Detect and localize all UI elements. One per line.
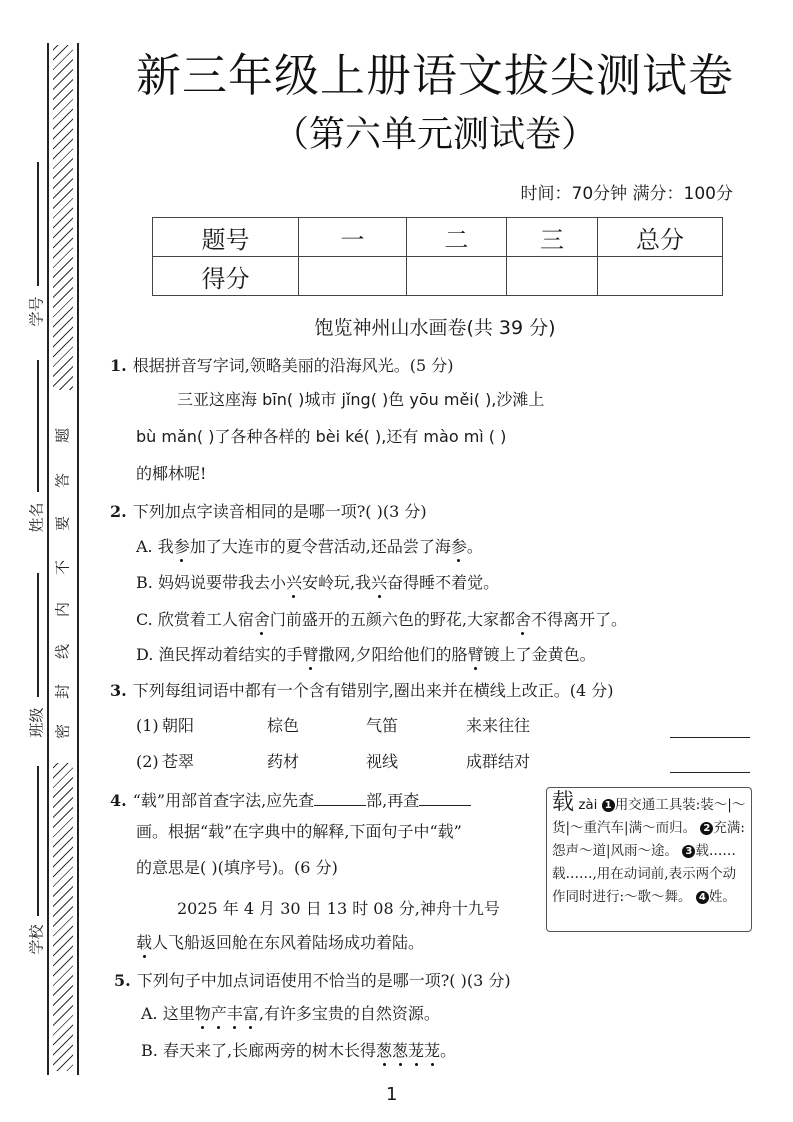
seal-char: 内 <box>56 596 71 624</box>
headword-pinyin: zài <box>578 797 597 813</box>
score-input-cell[interactable] <box>598 257 723 296</box>
pinyin: bèi ké <box>316 427 364 446</box>
exam-subtitle: （第六单元测试卷） <box>110 110 760 160</box>
definition-number-icon: 1 <box>602 799 615 812</box>
question-4-line-4: 2025 年 4 月 30 日 13 时 08 分,神舟十九号 <box>177 899 500 919</box>
seal-band: 题 答 要 不 内 线 封 密 <box>47 43 79 1075</box>
dotted-char: 葱 <box>392 1041 408 1060</box>
seal-char: 题 <box>56 422 71 450</box>
answer-blank[interactable]: ( ) <box>484 427 507 446</box>
option-a[interactable]: A. 这里物产丰富,有许多宝贵的自然资源。 <box>141 1004 440 1024</box>
dotted-char: 参 <box>174 537 190 556</box>
definition: 姓。 <box>709 889 736 905</box>
headword: 载 <box>552 790 574 815</box>
radical-blank[interactable] <box>314 791 366 806</box>
dotted-char: 茏 <box>408 1041 424 1060</box>
dotted-char: 兴 <box>286 573 302 592</box>
text: 。 <box>440 1041 456 1060</box>
definition-number-icon: 4 <box>696 891 709 904</box>
question-number: 4. <box>110 791 127 810</box>
option-label: D. <box>136 645 153 664</box>
pinyin: mào mì <box>423 427 483 446</box>
dotted-char: 参 <box>451 537 467 556</box>
option-a[interactable]: A. 我参加了大连市的夏令营活动,还品尝了海参。 <box>136 537 483 557</box>
question-text: 下列加点字读音相同的是哪一项?( )(3 分) <box>133 502 427 521</box>
word[interactable]: 棕色 <box>267 716 299 736</box>
definition-number-icon: 3 <box>682 845 695 858</box>
question-number: 2. <box>110 502 127 521</box>
score-table-score-row: 得分 <box>153 257 723 296</box>
text: 撒网,夕阳给他们的胳 <box>318 645 467 664</box>
dotted-char: 兴 <box>371 573 387 592</box>
school-label: 学校 <box>26 924 47 954</box>
pinyin: bù mǎn <box>136 427 197 446</box>
pinyin: jǐng <box>342 390 371 409</box>
answer-blank[interactable]: ( )了各种各样的 <box>197 427 316 446</box>
text: 。 <box>467 537 483 556</box>
score-cell: 二 <box>407 218 507 257</box>
question-4-line-5: 载人飞船返回舱在东风着陆场成功着陆。 <box>136 933 424 953</box>
word[interactable]: 药材 <box>267 752 299 772</box>
word[interactable]: 苍翠 <box>162 752 194 772</box>
word[interactable]: 成群结对 <box>466 752 530 772</box>
dotted-char: 丰 <box>227 1004 243 1023</box>
group-label: (2) <box>136 752 159 772</box>
score-input-cell[interactable] <box>299 257 407 296</box>
name-line <box>37 360 39 492</box>
dotted-char: 舍 <box>254 610 270 629</box>
text: 这里 <box>163 1004 195 1023</box>
text: 镀上了金黄色。 <box>484 645 596 664</box>
dotted-char: 葱 <box>376 1041 392 1060</box>
dotted-char: 舍 <box>515 610 531 629</box>
seal-char: 要 <box>56 510 71 538</box>
text: 门前盛开的五颜六色的野花,大家都 <box>270 610 515 629</box>
score-cell: 三 <box>507 218 598 257</box>
question-number: 1. <box>110 356 127 375</box>
correction-line[interactable] <box>670 772 750 773</box>
question-2-prompt: 2.下列加点字读音相同的是哪一项?( )(3 分) <box>110 502 427 522</box>
text: 不得离开了。 <box>531 610 627 629</box>
text: 我 <box>158 537 174 556</box>
option-label: B. <box>141 1041 158 1060</box>
score-cell: 一 <box>299 218 407 257</box>
seal-char: 线 <box>56 638 71 666</box>
page-number: 1 <box>386 1084 397 1105</box>
question-text: “载”用部首查字法,应先查 <box>133 791 314 810</box>
text: 奋得睡不着觉。 <box>387 573 499 592</box>
time-and-score-info: 时间：70分钟 满分：100分 <box>521 179 733 204</box>
score-table: 题号 一 二 三 总分 得分 <box>152 217 723 296</box>
student-id-line <box>37 162 39 286</box>
option-label: A. <box>136 537 153 556</box>
score-cell: 总分 <box>598 218 723 257</box>
hatch-bottom <box>53 763 73 1071</box>
score-cell: 题号 <box>153 218 299 257</box>
text: 安岭玩,我 <box>302 573 371 592</box>
question-1-line-1: 三亚这座海 bīn( )城市 jǐng( )色 yōu měi( ),沙滩上 <box>177 390 544 410</box>
question-text: 下列句子中加点词语使用不恰当的是哪一项?( )(3 分) <box>137 971 511 990</box>
answer-blank[interactable]: ( )色 <box>371 390 410 409</box>
question-5-prompt: 5.下列句子中加点词语使用不恰当的是哪一项?( )(3 分) <box>114 971 511 991</box>
word[interactable]: 视线 <box>366 752 398 772</box>
stroke-count-blank[interactable] <box>419 791 471 806</box>
option-d[interactable]: D. 渔民挥动着结实的手臂撒网,夕阳给他们的胳臂镀上了金黄色。 <box>136 645 596 665</box>
question-text: 部,再查 <box>366 791 419 810</box>
question-1-prompt: 1.根据拼音写字词,领略美丽的沿海风光。(5 分) <box>110 356 454 376</box>
seal-char: 封 <box>56 678 71 706</box>
text: 人飞船返回舱在东风着陆场成功着陆。 <box>152 933 424 952</box>
question-text: 下列每组词语中都有一个含有错别字,圈出来并在横线上改正。(4 分) <box>133 681 614 700</box>
answer-blank[interactable]: ( ),沙滩上 <box>474 390 545 409</box>
group-label: (1) <box>136 716 159 736</box>
text: 春天来了,长廊两旁的树木长得 <box>163 1041 376 1060</box>
dotted-char: 富 <box>243 1004 259 1023</box>
question-4-line-2: 画。根据“载”在字典中的解释,下面句子中“载” <box>136 822 462 842</box>
question-number: 3. <box>110 681 127 700</box>
dotted-char: 产 <box>211 1004 227 1023</box>
word[interactable]: 来来往往 <box>466 716 530 736</box>
word[interactable]: 气笛 <box>366 716 398 736</box>
score-table-header-row: 题号 一 二 三 总分 <box>153 218 723 257</box>
dotted-char: 茏 <box>424 1041 440 1060</box>
question-number: 5. <box>114 971 131 990</box>
dictionary-entry-box: 载 zài 1用交通工具装:装～|～货|～重汽车|满～而归。 2充满:怨声～道|… <box>546 787 752 932</box>
option-b[interactable]: B. 春天来了,长廊两旁的树木长得葱葱茏茏。 <box>141 1041 456 1061</box>
hatch-top <box>53 45 73 390</box>
question-1-line-3: 的椰林呢! <box>136 464 206 484</box>
exam-title: 新三年级上册语文拔尖测试卷 <box>110 46 760 106</box>
class-label: 班级 <box>26 707 47 737</box>
option-b[interactable]: B. 妈妈说要带我去小兴安岭玩,我兴奋得睡不着觉。 <box>136 573 499 593</box>
option-c[interactable]: C. 欣赏着工人宿舍门前盛开的五颜六色的野花,大家都舍不得离开了。 <box>136 610 627 630</box>
name-label: 姓名 <box>26 502 47 532</box>
question-4-line-3: 的意思是( )(填序号)。(6 分) <box>136 858 338 878</box>
question-1-line-2: bù mǎn( )了各种各样的 bèi ké( ),还有 mào mì ( ) <box>136 427 506 447</box>
word[interactable]: 朝阳 <box>162 716 194 736</box>
score-input-cell[interactable] <box>507 257 598 296</box>
seal-char: 答 <box>56 467 71 495</box>
section-title: 饱览神州山水画卷(共 39 分) <box>110 313 760 340</box>
score-cell: 得分 <box>153 257 299 296</box>
answer-blank[interactable]: ( )城市 <box>287 390 342 409</box>
question-3-prompt: 3.下列每组词语中都有一个含有错别字,圈出来并在横线上改正。(4 分) <box>110 681 614 701</box>
option-label: A. <box>141 1004 158 1023</box>
student-id-label: 学号 <box>26 296 47 326</box>
answer-blank[interactable]: ( ),还有 <box>364 427 424 446</box>
pinyin: bīn <box>262 390 287 409</box>
dotted-char: 载 <box>136 933 152 952</box>
text: 渔民挥动着结实的手 <box>158 645 302 664</box>
question-text: 根据拼音写字词,领略美丽的沿海风光。(5 分) <box>133 356 454 375</box>
score-input-cell[interactable] <box>407 257 507 296</box>
pinyin: yōu měi <box>409 390 473 409</box>
dotted-char: 臂 <box>302 645 318 664</box>
correction-line[interactable] <box>670 737 750 738</box>
seal-char: 不 <box>56 554 71 582</box>
dotted-char: 臂 <box>468 645 484 664</box>
seal-char: 密 <box>56 718 71 746</box>
class-line <box>37 573 39 697</box>
text: 欣赏着工人宿 <box>158 610 254 629</box>
definition-number-icon: 2 <box>700 822 713 835</box>
school-line <box>37 766 39 916</box>
text: 妈妈说要带我去小 <box>158 573 286 592</box>
question-4-line-1: 4.“载”用部首查字法,应先查部,再查 <box>110 791 471 811</box>
text: 加了大连市的夏令营活动,还品尝了海 <box>190 537 451 556</box>
option-label: B. <box>136 573 153 592</box>
dotted-char: 物 <box>195 1004 211 1023</box>
text: ,有许多宝贵的自然资源。 <box>259 1004 440 1023</box>
text: 三亚这座海 <box>177 390 262 409</box>
option-label: C. <box>136 610 153 629</box>
